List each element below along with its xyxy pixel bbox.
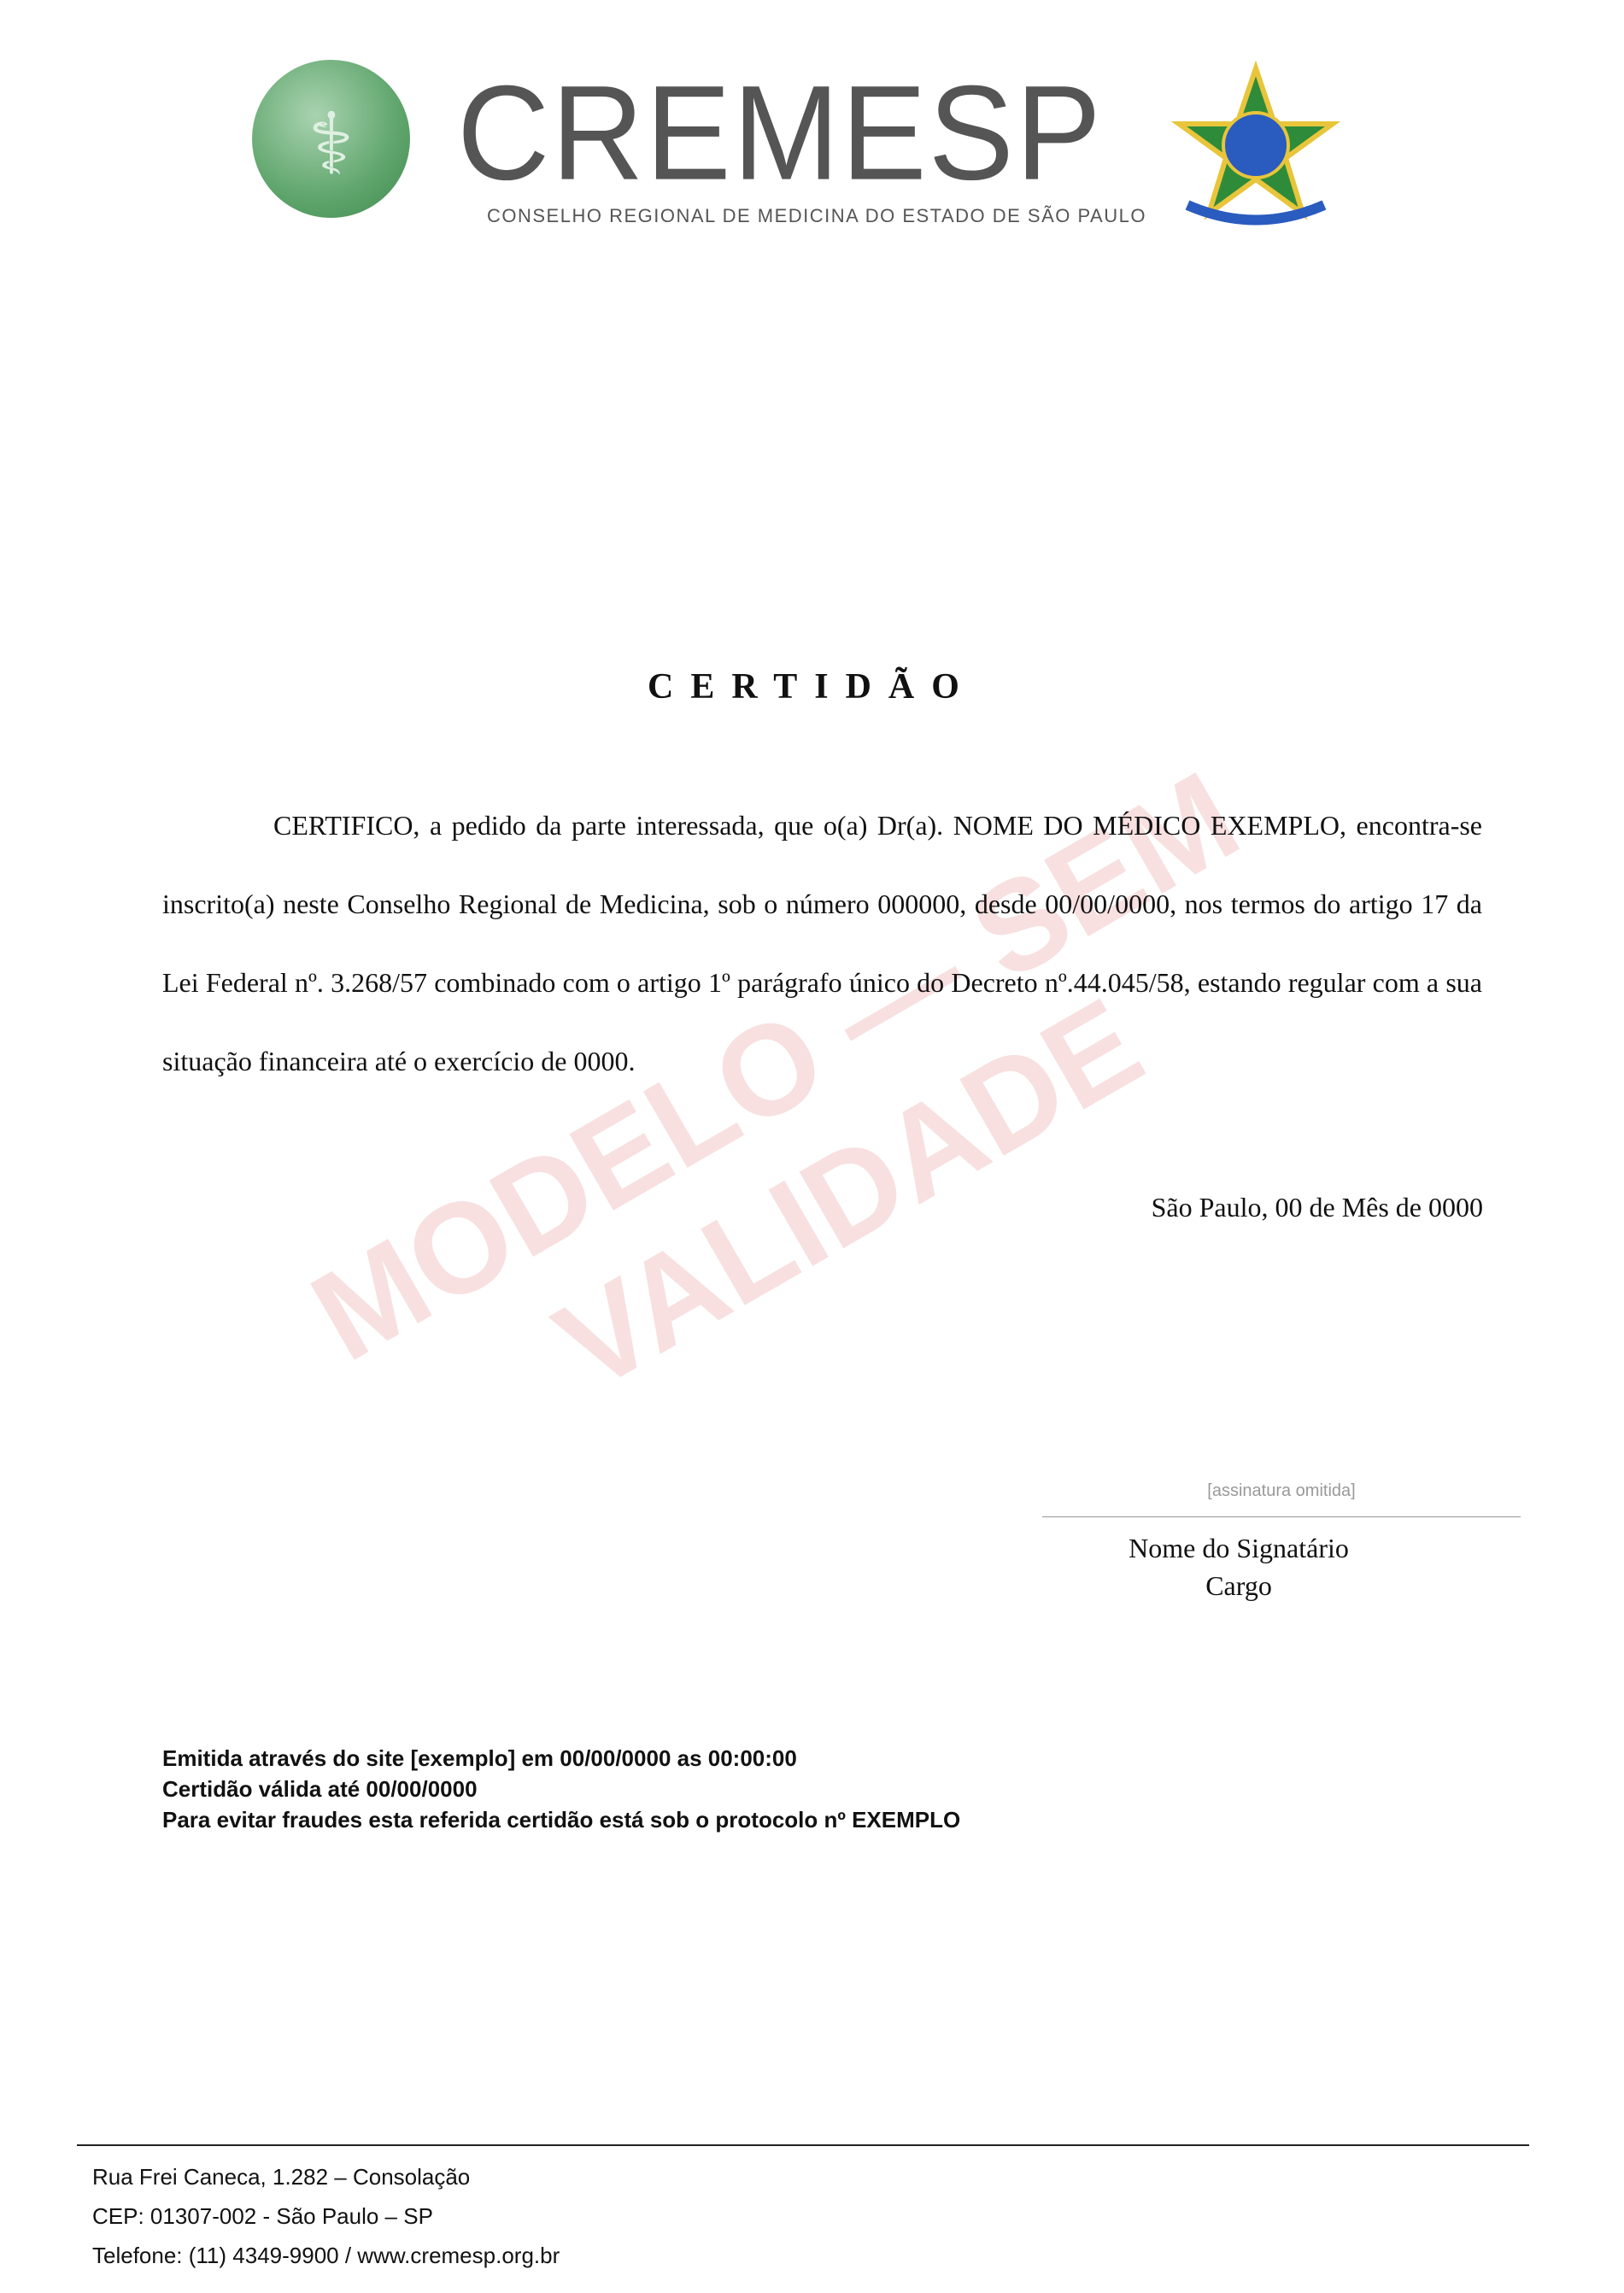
document-footer: Rua Frei Caneca, 1.282 – Consolação CEP:… [92,2157,560,2275]
caduceus-icon: ⚕ [252,60,410,218]
signatory-role: Cargo [1025,1567,1452,1604]
footer-cep: CEP: 01307-002 - São Paulo – SP [92,2196,560,2236]
emission-line-2: Certidão válida até 00/00/0000 [162,1774,960,1804]
emission-line-1: Emitida através do site [exemplo] em 00/… [162,1743,960,1774]
footer-divider [77,2144,1529,2146]
document-title: CERTIDÃO [0,666,1624,707]
emission-info: Emitida através do site [exemplo] em 00/… [162,1743,960,1835]
document-header: ⚕ CREMESP CONSELHO REGIONAL DE MEDICINA … [0,51,1624,239]
brazil-coat-of-arms-icon [1170,60,1341,231]
place-and-date: São Paulo, 00 de Mês de 0000 [1152,1192,1483,1223]
signatory-name: Nome do Signatário [1025,1529,1452,1567]
footer-contact: Telefone: (11) 4349-9900 / www.cremesp.o… [92,2236,560,2275]
certificate-paragraph: CERTIFICO, a pedido da parte interessada… [162,810,1482,1076]
signature-placeholder: [assinatura omitida] [1042,1465,1521,1517]
brand-name: CREMESP [457,65,1103,200]
emission-line-3: Para evitar fraudes esta referida certid… [162,1804,960,1835]
brand-subtitle: CONSELHO REGIONAL DE MEDICINA DO ESTADO … [487,205,1146,227]
footer-address: Rua Frei Caneca, 1.282 – Consolação [92,2157,560,2196]
certificate-body: CERTIFICO, a pedido da parte interessada… [162,786,1482,1100]
signature-block: Nome do Signatário Cargo [1025,1529,1452,1604]
